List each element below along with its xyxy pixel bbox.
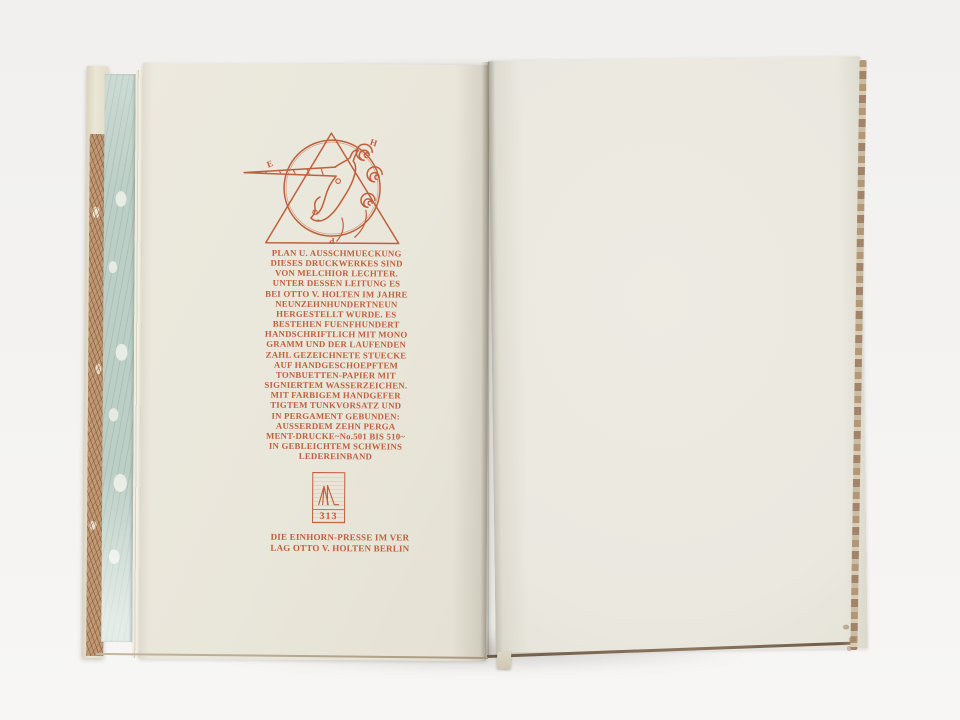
colophon-line: UNTER DESSEN LEITUNG ES <box>257 278 415 289</box>
device-letter: E <box>265 158 274 170</box>
colophon-line: BEI OTTO V. HOLTEN IM JAHRE <box>257 288 415 299</box>
press-imprint: DIE EINHORN-PRESSE IM VER LAG OTTO V. HO… <box>260 532 420 554</box>
colophon-line: AUSSERDEM ZEHN PERGA <box>257 420 415 431</box>
device-letter: P <box>329 236 335 246</box>
copy-number: 313 <box>313 509 344 522</box>
colophon-line: GRAMM UND DER LAUFENDEN <box>257 339 415 350</box>
colophon-text: PLAN U. AUSSCHMUECKUNG DIESES DRUCKWERKE… <box>256 248 415 462</box>
imprint-line: DIE EINHORN-PRESSE IM VER <box>260 532 420 544</box>
page-edge-tab <box>497 652 512 669</box>
unicorn-device-icon: E H P <box>241 126 408 251</box>
device-letter: H <box>369 137 379 149</box>
right-page <box>488 56 868 653</box>
colophon-line: IN PERGAMENT GEBUNDEN: <box>257 410 415 421</box>
colophon-line: IN GEBLEICHTEM SCHWEINS <box>256 441 414 452</box>
left-page: E H P PLAN U. AUSSCHMUECKUNG DIESES DRUC… <box>139 63 490 661</box>
imprint-line: LAG OTTO V. HOLTEN BERLIN <box>260 542 420 554</box>
colophon-line: LEDEREINBAND <box>256 451 414 462</box>
ml-monogram-icon <box>316 482 342 508</box>
photo-scene: E H P PLAN U. AUSSCHMUECKUNG DIESES DRUC… <box>0 0 960 720</box>
colophon-line: TIGTEM TUNKVORSATZ UND <box>257 400 415 411</box>
colophon-line: ZAHL GEZEICHNETE STUECKE <box>257 349 415 360</box>
corner-mottling <box>837 618 862 655</box>
limitation-stamp: 313 <box>312 472 345 523</box>
marbled-endpaper-blue <box>101 74 135 642</box>
gutter-shadow <box>481 62 495 658</box>
